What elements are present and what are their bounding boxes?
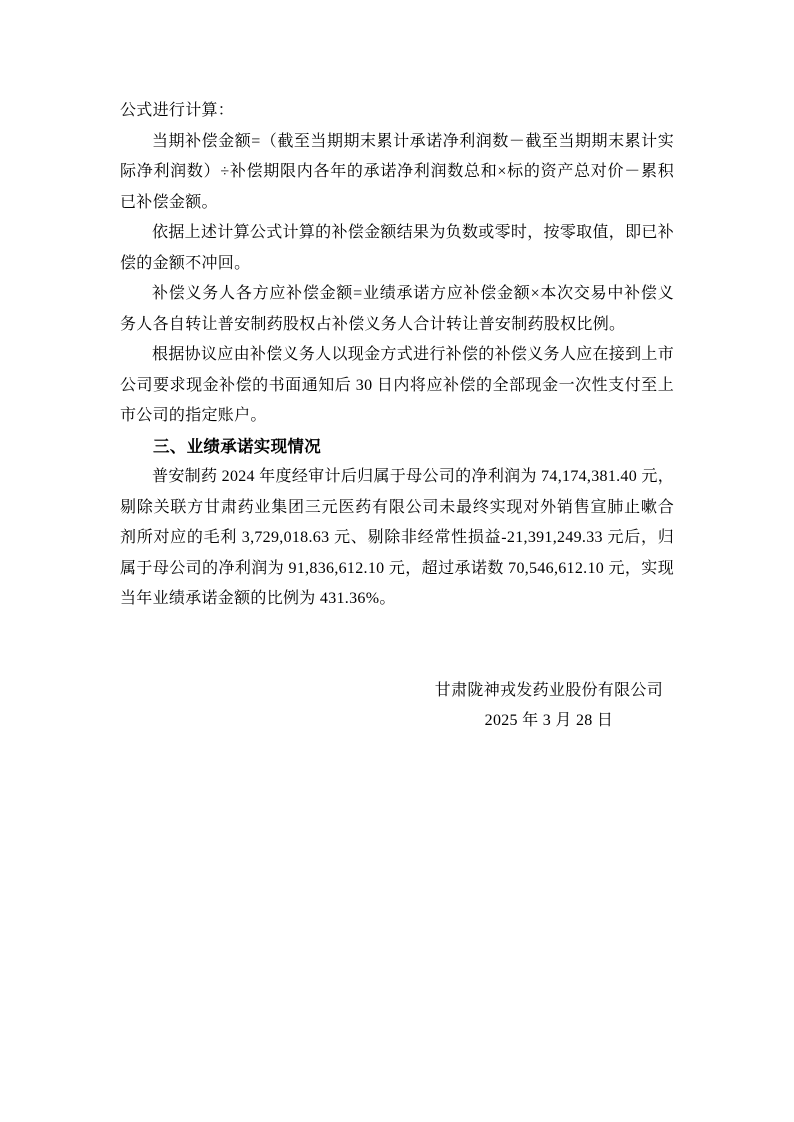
paragraph-cash-payment-terms: 根据协议应由补偿义务人以现金方式进行补偿的补偿义务人应在接到上市公司要求现金补偿… xyxy=(120,340,674,432)
paragraph-performance-result: 普安制药 2024 年度经审计后归属于母公司的净利润为 74,174,381.4… xyxy=(120,462,674,615)
signature-company-name: 甘肃陇神戎发药业股份有限公司 xyxy=(435,676,663,707)
signature-block: 甘肃陇神戎发药业股份有限公司 2025 年 3 月 28 日 xyxy=(435,676,663,737)
document-content: 公式进行计算： 当期补偿金额=（截至当期期末累计承诺净利润数－截至当期期末累计实… xyxy=(120,96,674,737)
document-page: 公式进行计算： 当期补偿金额=（截至当期期末累计承诺净利润数－截至当期期末累计实… xyxy=(0,0,794,1122)
paragraph-formula-intro: 公式进行计算： xyxy=(120,96,674,127)
signature-date: 2025 年 3 月 28 日 xyxy=(435,706,663,737)
section-heading-performance-commitment: 三、业绩承诺实现情况 xyxy=(120,432,674,463)
paragraph-compensation-formula: 当期补偿金额=（截至当期期末累计承诺净利润数－截至当期期末累计实际净利润数）÷补… xyxy=(120,127,674,219)
paragraph-obligor-share-formula: 补偿义务人各方应补偿金额=业绩承诺方应补偿金额×本次交易中补偿义务人各自转让普安… xyxy=(120,279,674,340)
paragraph-zero-value-rule: 依据上述计算公式计算的补偿金额结果为负数或零时，按零取值，即已补偿的金额不冲回。 xyxy=(120,218,674,279)
